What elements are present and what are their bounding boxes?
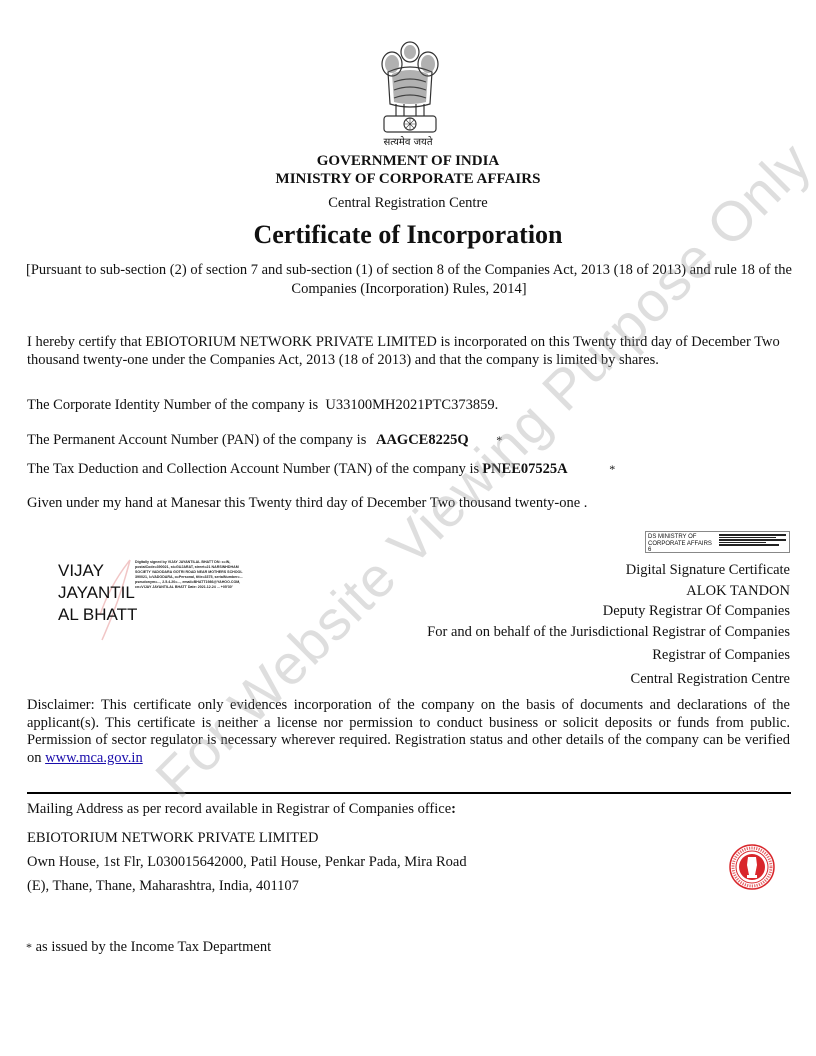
ds-stamp-label: DS MINISTRY OF CORPORATE AFFAIRS 6 [646,532,716,552]
footnote: * as issued by the Income Tax Department [26,939,271,956]
given-statement: Given under my hand at Manesar this Twen… [27,494,792,512]
cin-line: The Corporate Identity Number of the com… [27,396,792,414]
signer-digital-signature-details: Digitally signed by VIJAY JAYANTILAL BHA… [135,560,243,590]
registrar-signature-block: Digital Signature Certificate ALOK TANDO… [427,560,790,689]
footnote-text: as issued by the Income Tax Department [32,939,271,955]
mca-website-link[interactable]: www.mca.gov.in [45,750,143,766]
ds-stamp-details [716,532,789,552]
page-title: Certificate of Incorporation [0,220,816,250]
pursuant-clause: [Pursuant to sub-section (2) of section … [26,261,792,299]
registrar-centre: Central Registration Centre [427,669,790,690]
registration-office: Central Registration Centre [0,195,816,212]
registrar-designation: Deputy Registrar Of Companies [427,601,790,622]
national-emblem-icon [370,32,450,150]
pan-footnote-mark: * [496,433,502,447]
registrar-name: ALOK TANDON [427,581,790,602]
mailing-heading: Mailing Address as per record available … [27,801,456,818]
government-heading: GOVERNMENT OF INDIA MINISTRY OF CORPORAT… [0,152,816,188]
digital-signature-heading: Digital Signature Certificate [427,560,790,581]
pan-line: The Permanent Account Number (PAN) of th… [27,431,792,449]
tan-line: The Tax Deduction and Collection Account… [27,460,792,478]
registrar-behalf: For and on behalf of the Jurisdictional … [427,622,790,643]
certification-statement: I hereby certify that EBIOTORIUM NETWORK… [27,333,792,369]
pan-label: The Permanent Account Number (PAN) of th… [27,432,366,448]
ministry-line: MINISTRY OF CORPORATE AFFAIRS [0,170,816,188]
national-motto: सत्यमेव जयते [0,134,816,148]
tan-footnote-mark: * [609,462,615,476]
cin-value: U33100MH2021PTC373859. [325,397,498,413]
signer-name: VIJAY JAYANTIL AL BHATT [58,560,137,626]
mailing-address-line1: Own House, 1st Flr, L030015642000, Patil… [27,854,467,871]
pan-value: AAGCE8225Q [376,432,469,448]
registrar-office: Registrar of Companies [427,645,790,666]
section-divider [27,792,791,794]
mailing-address-line2: (E), Thane, Thane, Maharashtra, India, 4… [27,878,299,895]
mca-digital-signature-stamp: DS MINISTRY OF CORPORATE AFFAIRS 6 [645,531,790,553]
mailing-company-name: EBIOTORIUM NETWORK PRIVATE LIMITED [27,830,318,847]
tan-label: The Tax Deduction and Collection Account… [27,461,479,477]
disclaimer: Disclaimer: This certificate only eviden… [27,697,790,767]
registrar-seal-icon [728,843,776,891]
cin-label: The Corporate Identity Number of the com… [27,397,318,413]
government-line: GOVERNMENT OF INDIA [0,152,816,170]
tan-value: PNEE07525A [482,461,567,477]
